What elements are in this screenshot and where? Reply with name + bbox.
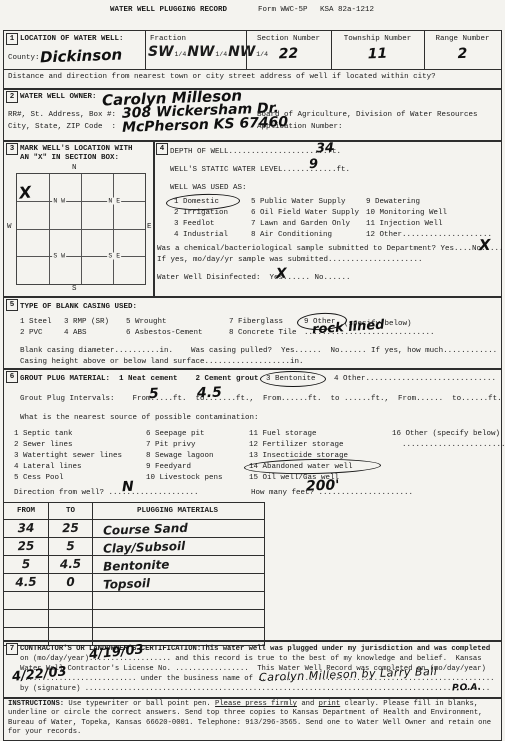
direction-value: N [122, 479, 134, 495]
quadrant-sw-label: S W [52, 253, 66, 260]
sample-no-x-mark: X [479, 236, 491, 254]
material-value: Topsoil [93, 572, 272, 592]
use-option: 10 Monitoring Well [366, 209, 447, 218]
instructions-underlined: print [319, 700, 341, 708]
section1-box: 1 LOCATION OF WATER WELL: County: Dickin… [3, 30, 502, 90]
table-row [4, 610, 264, 628]
address-label: RR#, St. Address, Box #: [8, 111, 116, 120]
material-value: Course Sand [93, 518, 272, 538]
section-number-value: 22 [246, 45, 332, 64]
section2-title: WATER WELL OWNER: [20, 93, 97, 102]
static-water-level-line: WELL'S STATIC WATER LEVEL............ft. [170, 166, 350, 175]
grid-line [17, 201, 145, 202]
township-number-label: Township Number [331, 35, 424, 44]
contamination-option: 5 Cess Pool [14, 474, 64, 483]
casing-option: 8 Concrete Tile [229, 329, 297, 338]
section4-number: 4 [156, 143, 168, 155]
instructions-text: and [297, 700, 319, 708]
quadrant-se-label: S E [107, 253, 121, 260]
use-option: 8 Air Conditioning [251, 231, 332, 240]
sample-submitted-line: Was a chemical/bacteriological sample su… [157, 245, 504, 254]
casing-option: 3 RMP (SR) [64, 318, 109, 327]
well-location-x-mark: X [18, 182, 32, 202]
use-option: 2 Irrigation [174, 209, 228, 218]
casing-option: 2 PVC [20, 329, 43, 338]
plugging-table: FROM TO PLUGGING MATERIALS 34 25 Course … [3, 502, 265, 646]
use-option: 7 Lawn and Garden Only [251, 220, 350, 229]
contamination-option: 16 Other (specify below) [392, 430, 500, 439]
column-divider [145, 31, 146, 69]
domestic-circled-annotation [166, 193, 241, 212]
section1-title: LOCATION OF WATER WELL: [20, 35, 124, 44]
contamination-question: What is the nearest source of possible c… [20, 414, 259, 423]
casing-option: 1 Steel [20, 318, 52, 327]
from-value: 4.5 [4, 574, 48, 590]
feet-value: 200' [306, 477, 340, 494]
section5-title: TYPE OF BLANK CASING USED: [20, 303, 137, 312]
to-value: 4.5 [49, 556, 92, 571]
range-number-label: Range Number [424, 35, 501, 44]
use-option: 6 Oil Field Water Supply [251, 209, 359, 218]
casing-option: 4 ABS [64, 329, 87, 338]
use-option: 11 Injection Well [366, 220, 443, 229]
scanned-form-page: WATER WELL PLUGGING RECORD Form WWC-5P K… [0, 0, 505, 741]
board-line: Board of Agriculture, Division of Water … [257, 111, 478, 120]
fraction-label: Fraction [150, 35, 186, 44]
grid-line [17, 256, 145, 257]
fraction-hand-1: SW [148, 44, 174, 60]
interval-from-value: 5 [149, 386, 159, 402]
contamination-option: 11 Fuel storage [249, 430, 317, 439]
material-value: Clay/Subsoil [93, 536, 272, 556]
direction-from-well-line: Direction from well? ...................… [14, 489, 199, 498]
table-header-row: FROM TO PLUGGING MATERIALS [4, 503, 264, 520]
form-statute: KSA 82a-1212 [320, 6, 374, 15]
casing-option: 7 Fiberglass [229, 318, 283, 327]
sample-date-line: If yes, mo/day/yr sample was submitted..… [157, 256, 423, 265]
certification-line5: by (signature) .........................… [20, 685, 490, 694]
instructions-box: INSTRUCTIONS: Use typewriter or ball poi… [3, 697, 502, 741]
from-column-header: FROM [4, 503, 49, 519]
compass-east: E [147, 223, 152, 232]
interval-to-value: 4.5 [197, 385, 222, 402]
well-used-as-label: WELL WAS USED AS: [170, 184, 247, 193]
section5-number: 5 [6, 299, 18, 311]
casing-height-line: Casing height above or below land surfac… [20, 358, 304, 367]
instructions-underlined: Please press firmly [215, 700, 297, 708]
grout-option-other: 4 Other............................. [334, 375, 496, 384]
section3-box: 3 MARK WELL'S LOCATION WITH AN "X" IN SE… [3, 140, 155, 298]
from-value: 5 [4, 556, 48, 572]
section2-number: 2 [6, 91, 18, 103]
compass-west: W [7, 223, 12, 232]
contamination-option: 3 Watertight sewer lines [14, 452, 122, 461]
instructions-label: INSTRUCTIONS: [8, 700, 64, 708]
quarter-glyph: 1/4 [215, 51, 227, 58]
section-grid: N W N E S W S E X [16, 173, 146, 285]
section6-number: 6 [6, 371, 18, 383]
form-title: WATER WELL PLUGGING RECORD [110, 6, 227, 15]
to-column-header: TO [49, 503, 93, 519]
township-number-value: 11 [331, 44, 425, 63]
to-value: 5 [49, 538, 92, 553]
section4-box: 4 DEPTH OF WELL......................ft.… [153, 140, 502, 298]
use-option: 4 Industrial [174, 231, 228, 240]
contamination-option: 6 Seepage pit [146, 430, 205, 439]
quarter-glyph: 1/4 [175, 51, 187, 58]
contamination-option: 4 Lateral lines [14, 463, 82, 472]
use-option: 3 Feedlot [174, 220, 215, 229]
to-value: 25 [49, 520, 92, 535]
section7-number: 7 [6, 643, 18, 655]
from-value: 34 [4, 520, 48, 536]
form-number: Form WWC-5P [258, 6, 308, 15]
section3-number: 3 [6, 143, 18, 155]
application-number-label: Application Number: [257, 123, 343, 132]
table-row: 4.5 0 Topsoil [4, 574, 264, 592]
section2-box: 2 WATER WELL OWNER: Carolyn Milleson RR#… [3, 88, 502, 142]
range-number-value: 2 [424, 45, 502, 64]
section3-title-line2: AN "X" IN SECTION BOX: [20, 154, 119, 163]
row-divider [4, 69, 501, 70]
compass-south: S [72, 285, 77, 294]
contamination-other-dots: ....................... [402, 441, 505, 450]
county-label: County: [8, 54, 40, 63]
materials-column-header: PLUGGING MATERIALS [93, 503, 262, 519]
table-row: 5 4.5 Bentonite [4, 556, 264, 574]
disinfected-yes-x-mark: X [276, 266, 287, 282]
from-value: 25 [4, 538, 48, 554]
material-value: Bentonite [93, 554, 272, 574]
contamination-option: 12 Fertilizer storage [249, 441, 344, 450]
table-row: 34 25 Course Sand [4, 520, 264, 538]
contamination-option: 1 Septic tank [14, 430, 73, 439]
section3-title-line1: MARK WELL'S LOCATION WITH [20, 145, 133, 154]
contamination-option: 7 Pit privy [146, 441, 196, 450]
bentonite-circled-annotation [260, 371, 326, 387]
contamination-option: 9 Feedyard [146, 463, 191, 472]
table-row: 25 5 Clay/Subsoil [4, 538, 264, 556]
casing-option: 5 Wrought [126, 318, 167, 327]
section6-box: 6 GROUT PLUG MATERIAL: 1 Neat cement 2 C… [3, 368, 502, 642]
section-number-label: Section Number [246, 35, 331, 44]
use-option: 5 Public Water Supply [251, 198, 346, 207]
disinfected-line: Water Well Disinfected: Yes...... No....… [157, 274, 351, 283]
grout-material-title: GROUT PLUG MATERIAL: 1 Neat cement 2 Cem… [20, 375, 259, 384]
section1-number: 1 [6, 33, 18, 45]
compass-north: N [72, 164, 77, 173]
use-option: 9 Dewatering [366, 198, 420, 207]
instructions-text: Use typewriter or ball point pen. [64, 700, 215, 708]
grid-line [17, 229, 145, 230]
casing-diameter-line: Blank casing diameter..........in. Was c… [20, 347, 497, 356]
signature-poa-suffix: P.O.A. [452, 682, 481, 693]
distance-question: Distance and direction from nearest town… [8, 73, 436, 82]
city-state-zip-label: City, State, ZIP Code : [8, 123, 116, 132]
contamination-option: 8 Sewage lagoon [146, 452, 214, 461]
fraction-hand-2: NW [187, 44, 214, 60]
static-level-value: 9 [309, 157, 319, 172]
section5-box: 5 TYPE OF BLANK CASING USED: 1 Steel 3 R… [3, 296, 502, 370]
grout-intervals-line: Grout Plug Intervals: From.....ft. to...… [20, 395, 502, 404]
table-row [4, 592, 264, 610]
quadrant-ne-label: N E [107, 198, 121, 205]
quadrant-nw-label: N W [52, 198, 66, 205]
use-option: 12 Other.................... [366, 231, 492, 240]
county-value: Dickinson [40, 46, 123, 67]
to-value: 0 [49, 574, 92, 589]
contamination-option: 10 Livestock pens [146, 474, 223, 483]
contamination-option: 2 Sewer lines [14, 441, 73, 450]
section7-box: 7 CONTRACTOR'S OR LANDOWNER'S CERTIFICAT… [3, 640, 502, 699]
casing-option: 6 Asbestos-Cement [126, 329, 203, 338]
depth-value: 34 [316, 141, 335, 157]
